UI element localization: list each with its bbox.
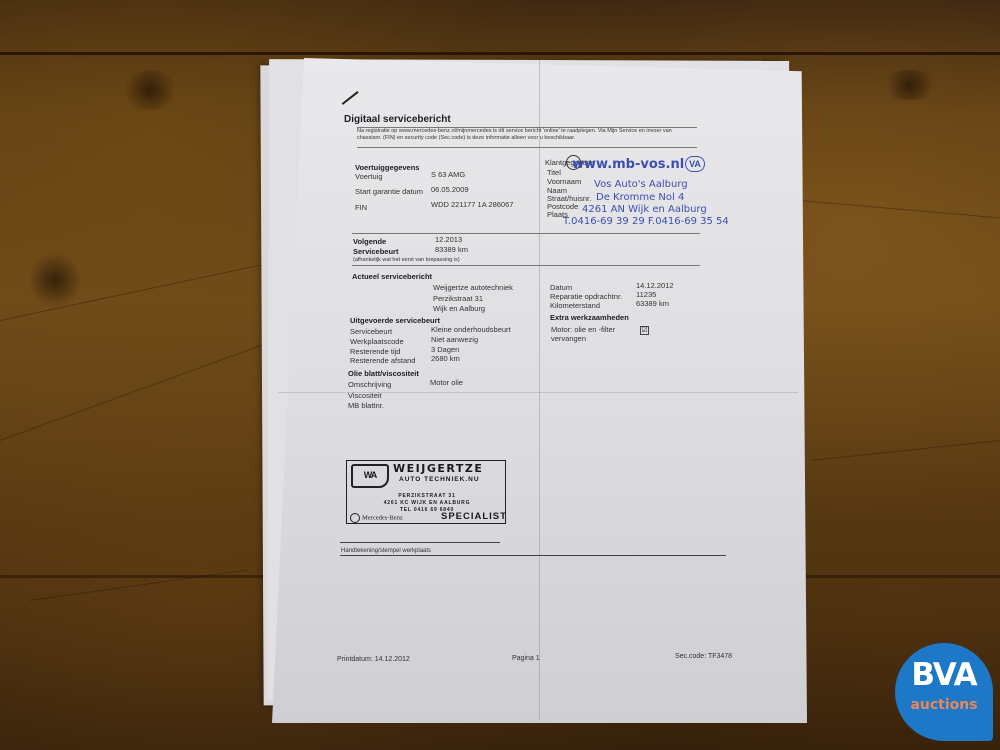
- document-title: Digitaal servicebericht: [344, 114, 451, 125]
- mb-sheet-label: MB blattnr.: [348, 401, 384, 410]
- divider: [357, 147, 697, 148]
- next-service-date: 12.2013: [435, 235, 462, 244]
- workshop-stamp: WA WEIJGERTZE AUTO TECHNIEK.NU PERZIKSTR…: [346, 460, 506, 524]
- date-label: Datum: [550, 283, 572, 292]
- next-service-note: (afhankelijk wat het eerst van toepassin…: [353, 257, 460, 263]
- signature-label: Handtekening/stempel werkplaats: [341, 548, 431, 554]
- workshop-code-label: Werkplaatscode: [350, 337, 404, 346]
- wood-grain: [810, 440, 999, 461]
- extra-work-item: vervangen: [551, 334, 586, 343]
- page-number: Pagina 1: [512, 655, 540, 662]
- remaining-time-label: Resterende tijd: [350, 347, 400, 356]
- customer-label: Titel: [547, 168, 561, 177]
- intro-text: Na registratie op www.mercedes-benz.nl/m…: [357, 128, 697, 142]
- workshop-name: Weijgertze autotechniek: [433, 283, 513, 292]
- vehicle-value: S 63 AMG: [431, 170, 465, 179]
- dealer-stamp-name: Vos Auto's Aalburg: [594, 179, 688, 190]
- workshop-stamp-addr-line: PERZIKSTRAAT 31: [367, 493, 487, 500]
- workshop-stamp-addr-line: 4261 KC WIJK EN AALBURG: [367, 500, 487, 507]
- workshop-street: Perzikstraat 31: [433, 294, 483, 303]
- extra-work-heading: Extra werkzaamheden: [550, 313, 629, 322]
- signature-line: [340, 542, 500, 543]
- wood-knot: [120, 70, 180, 110]
- wood-knot: [30, 250, 80, 310]
- divider: [352, 265, 700, 266]
- divider: [352, 233, 700, 234]
- vehicle-label: Voertuig: [355, 172, 383, 181]
- remaining-time-value: 3 Dagen: [431, 345, 459, 354]
- workshop-code-value: Niet aanwezig: [431, 335, 478, 344]
- wood-plank-seam: [0, 52, 1000, 55]
- remaining-distance-value: 2680 km: [431, 354, 460, 363]
- divider: [340, 555, 726, 556]
- wood-grain: [800, 200, 999, 218]
- workshop-stamp-subtitle: AUTO TECHNIEK.NU: [399, 476, 480, 483]
- extra-work-item: Motor: olie en -filter: [551, 325, 615, 334]
- mileage-label: Kilometerstand: [550, 301, 600, 310]
- oil-heading: Olie blatt/viscositeit: [348, 369, 419, 378]
- workshop-stamp-name: WEIJGERTZE: [393, 462, 483, 475]
- print-date: Printdatum: 14.12.2012: [337, 656, 410, 663]
- bva-logo-text: BVA: [895, 657, 993, 693]
- workshop-stamp-specialist: SPECIALIST: [441, 511, 507, 522]
- current-service-heading: Actueel servicebericht: [352, 272, 432, 281]
- order-value: 11235: [636, 290, 656, 299]
- bva-logo-subtext: auctions: [895, 697, 993, 713]
- mercedes-brand-text: Mercedes-Benz: [362, 514, 403, 521]
- oil-description-label: Omschrijving: [348, 380, 391, 389]
- mercedes-brand: Mercedes-Benz: [350, 513, 403, 523]
- service-type-value: Kleine onderhoudsbeurt: [431, 325, 511, 334]
- next-service-label: Volgende: [353, 237, 386, 246]
- workshop-city: Wijk en Aalburg: [433, 304, 485, 313]
- fold-crease-vertical: [539, 60, 540, 720]
- dealer-stamp-url: www.mb-vos.nl: [572, 157, 684, 172]
- fin-label: FIN: [355, 203, 367, 212]
- dealer-stamp-phone: T.0416-69 39 29 F.0416-69 35 54: [563, 216, 729, 227]
- oil-description-value: Motor olie: [430, 378, 463, 387]
- next-service-label: Servicebeurt: [353, 247, 398, 256]
- fin-value: WDD 221177 1A 286067: [431, 200, 513, 209]
- service-type-label: Servicebeurt: [350, 327, 392, 336]
- warranty-start-label: Start garantie datum: [355, 187, 423, 196]
- dealer-stamp-city: 4261 AN Wijk en Aalburg: [582, 204, 707, 215]
- security-code: Sec.code: TF3478: [675, 653, 732, 660]
- dealer-stamp-badge: VA: [685, 156, 705, 172]
- extra-work-checkbox: ☑: [640, 326, 649, 335]
- customer-label: Voornaam: [547, 177, 581, 186]
- workshop-logo-icon: WA: [351, 464, 389, 488]
- wood-grain: [0, 344, 263, 441]
- mileage-value: 63389 km: [636, 299, 669, 308]
- mercedes-star-icon: [350, 513, 360, 523]
- order-label: Reparatie opdrachtnr.: [550, 292, 622, 301]
- wood-knot: [880, 70, 940, 100]
- next-service-km: 83389 km: [435, 245, 468, 254]
- bva-auctions-logo: BVA auctions: [895, 643, 993, 741]
- viscosity-label: Viscositeit: [348, 391, 382, 400]
- performed-heading: Uitgevoerde servicebeurt: [350, 316, 440, 325]
- remaining-distance-label: Resterende afstand: [350, 356, 415, 365]
- date-value: 14.12.2012: [636, 281, 674, 290]
- warranty-start-value: 06.05.2009: [431, 185, 469, 194]
- vehicle-heading: Voertuiggegevens: [355, 163, 419, 172]
- dealer-stamp-street: De Kromme Nol 4: [596, 192, 684, 203]
